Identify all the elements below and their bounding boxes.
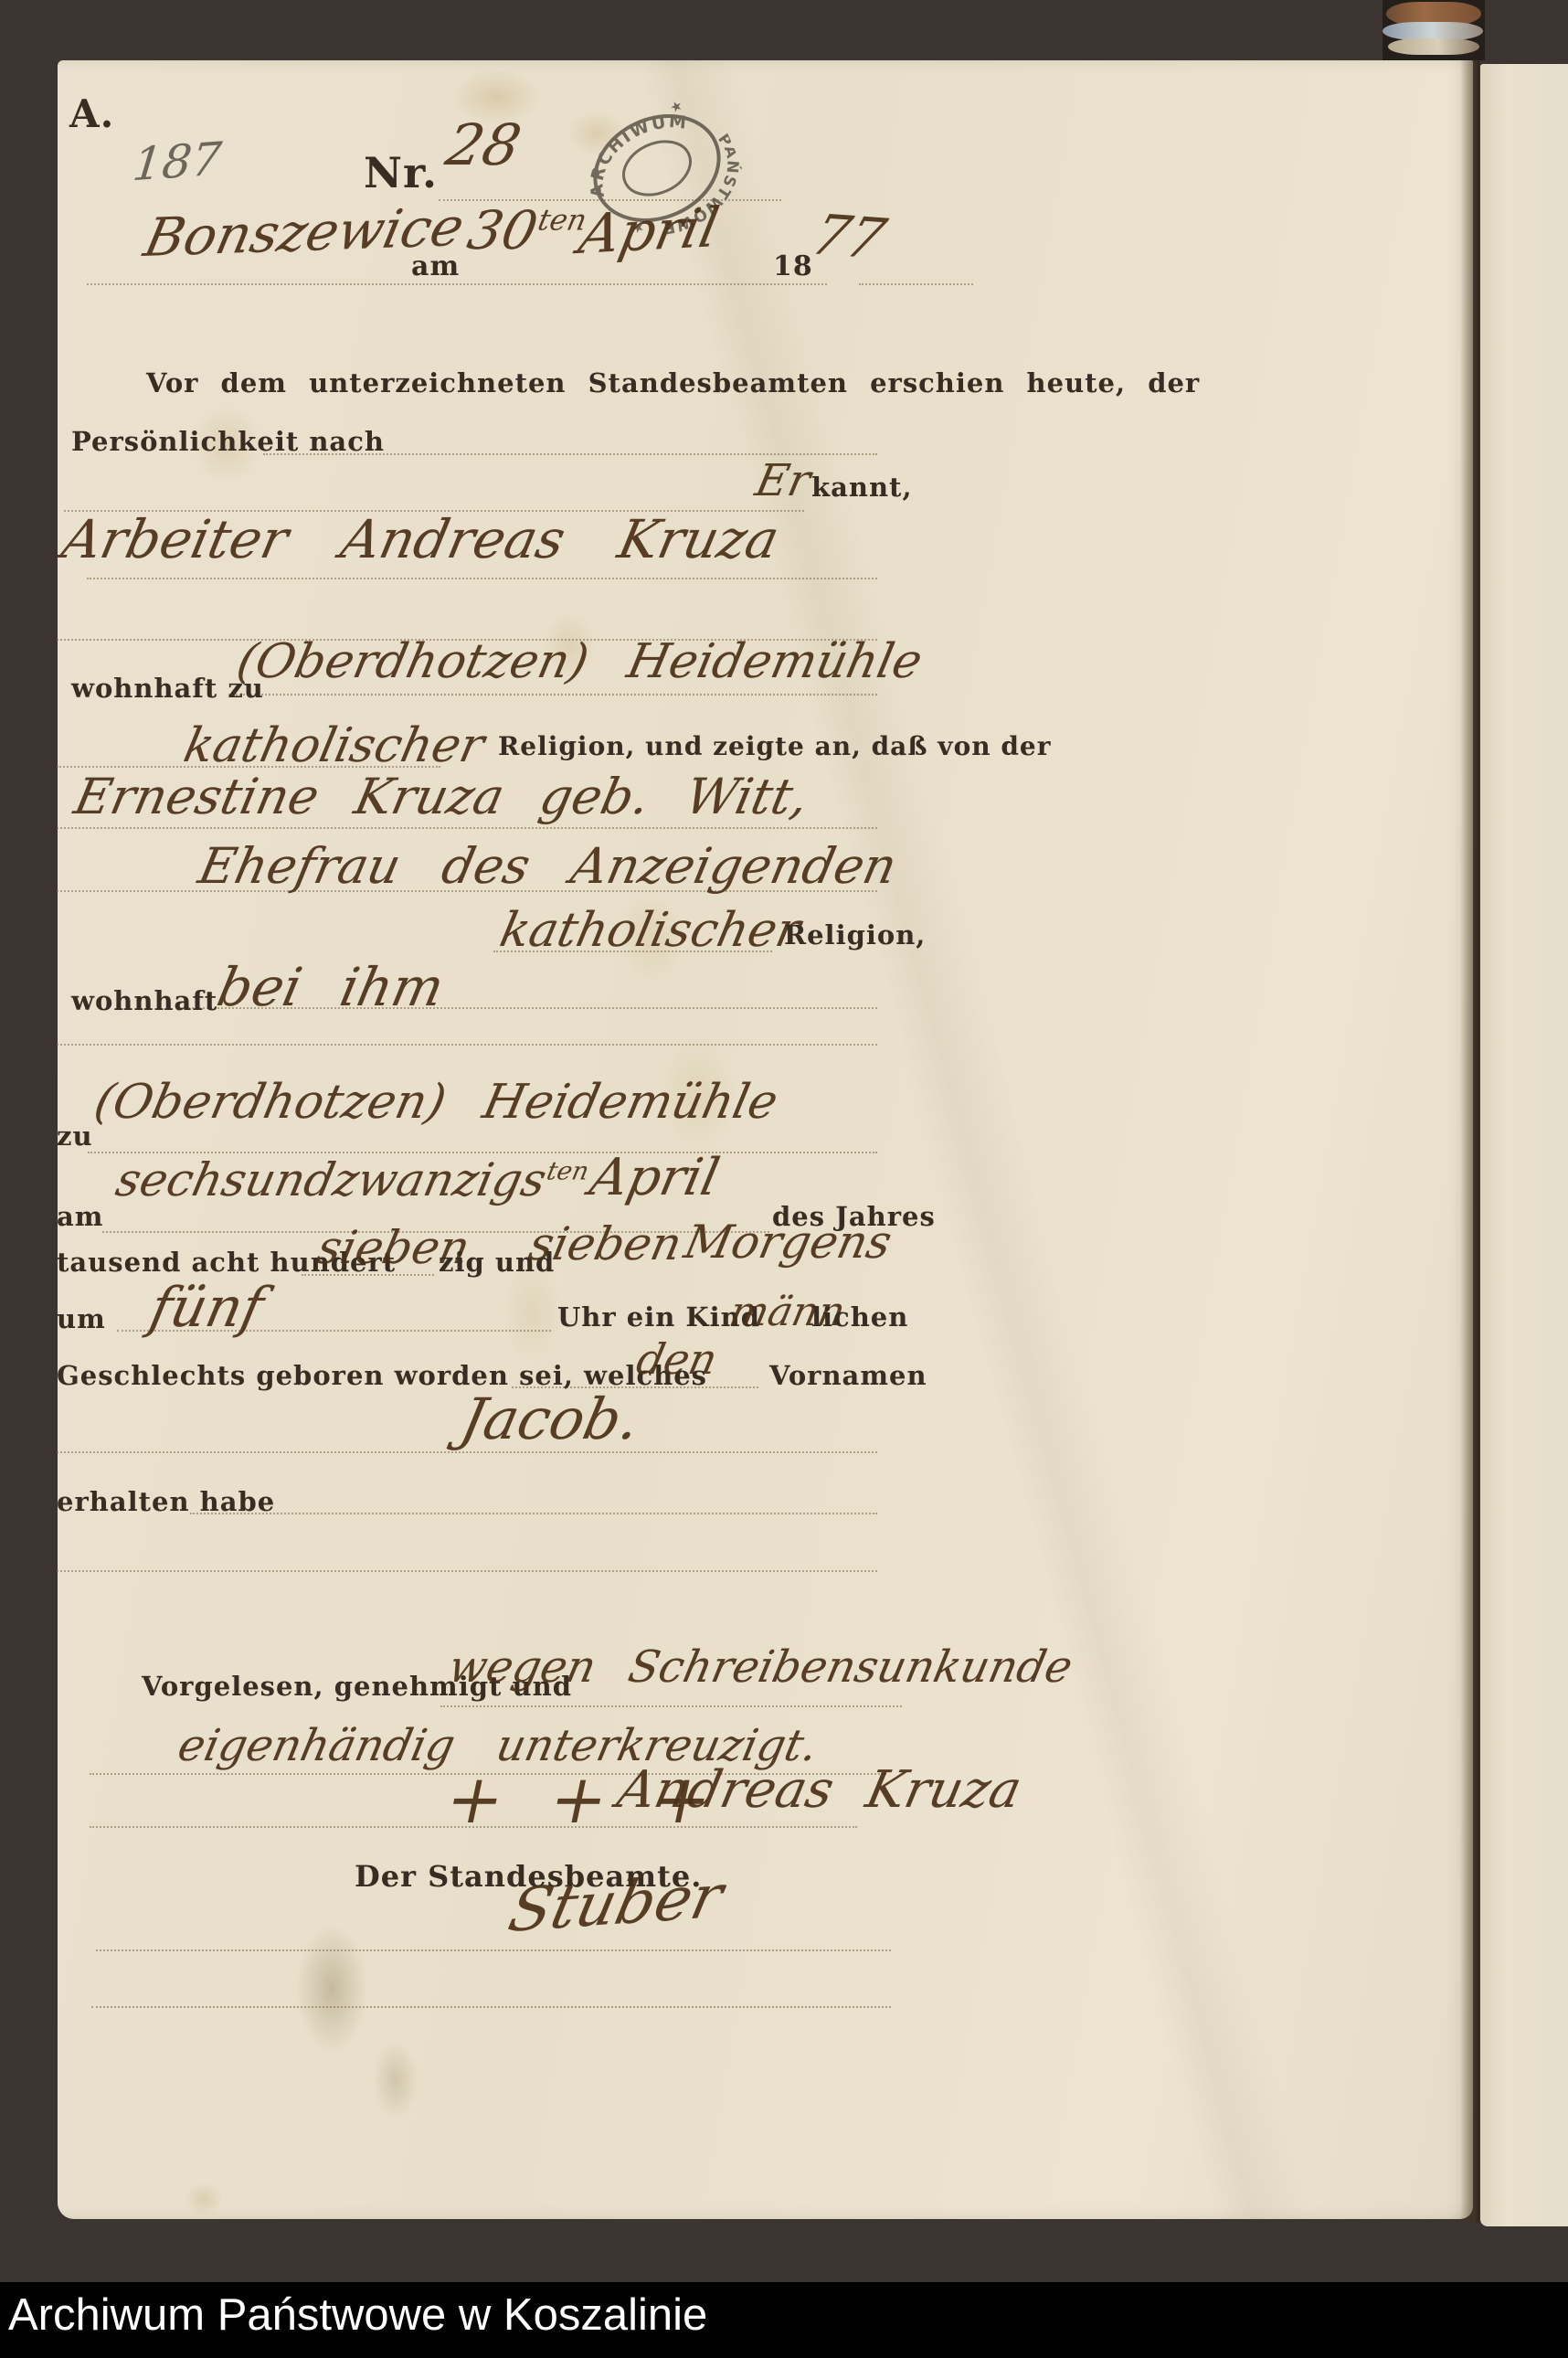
form-line xyxy=(190,1513,877,1514)
religion1-printed: Religion, und zeigte an, daß von der xyxy=(498,731,1052,761)
form-line xyxy=(91,2006,891,2008)
page-fold-shadow xyxy=(1460,60,1480,2223)
binding-thread xyxy=(1383,22,1483,40)
religion2-written: katholischer xyxy=(495,903,805,958)
adjacent-page-edge xyxy=(1480,64,1568,2226)
signatory-name: Andreas Kruza xyxy=(612,1760,1027,1820)
form-line xyxy=(87,578,877,579)
day-value: 30ten xyxy=(462,199,591,261)
yearline-written3: Morgens xyxy=(680,1216,896,1269)
form-line xyxy=(57,1570,877,1572)
time-label: um xyxy=(57,1303,106,1334)
declarant-name: Arbeiter Andreas Kruza xyxy=(57,508,785,570)
recognized-printed: kannt, xyxy=(811,472,913,503)
form-line xyxy=(57,827,877,829)
form-line xyxy=(859,283,973,285)
child-name: Jacob. xyxy=(455,1386,646,1452)
mother-relation: Ehefrau des Anzeigenden xyxy=(194,837,902,895)
birthplace-label: zu xyxy=(57,1121,93,1152)
mother-name: Ernestine Kruza geb. Witt, xyxy=(69,768,814,825)
birthdate-day-suffix: ten xyxy=(545,1156,592,1185)
archive-caption-bar: Archiwum Państwowe w Koszalinie xyxy=(0,2282,1568,2358)
month-value: April xyxy=(574,196,724,267)
nr-value: 28 xyxy=(440,112,526,178)
form-line xyxy=(96,1949,891,1951)
vornamen-printed: Vornamen xyxy=(769,1360,927,1391)
residence2-label: wohnhaft xyxy=(71,985,217,1016)
religion2-printed: Religion, xyxy=(784,919,926,951)
birthdate-day-main: sechsundzwanzigs xyxy=(111,1153,551,1206)
intro-line: Vor dem unterzeichneten Standesbeamten e… xyxy=(146,367,882,398)
archive-caption: Archiwum Państwowe w Koszalinie xyxy=(8,2289,707,2341)
time-value: fünf xyxy=(144,1276,270,1340)
residence2-value: bei ihm xyxy=(212,956,450,1018)
form-corner-letter: A. xyxy=(69,91,114,136)
closing-written1: wegen Schreibensunkunde xyxy=(444,1641,1077,1693)
yearline-written2: sieben xyxy=(524,1217,686,1270)
form-line xyxy=(228,694,877,696)
residence-value: (Oberdhotzen) Heidemühle xyxy=(232,634,927,689)
religion1-written: katholischer xyxy=(179,718,489,773)
nr-label: Nr. xyxy=(364,148,438,197)
birthdate-month: April xyxy=(585,1148,725,1207)
binding-thread xyxy=(1388,38,1479,55)
scanned-document: ARCHIWUM PAŃSTWOWE ★ ★ A. 187 Nr. 28 Bon… xyxy=(0,0,1568,2358)
birthplace-value: (Oberdhotzen) Heidemühle xyxy=(90,1075,783,1130)
identity-label: Persönlichkeit nach xyxy=(71,426,385,457)
article-written: den xyxy=(632,1334,722,1384)
pencil-number: 187 xyxy=(130,133,224,192)
sex-printed: lichen xyxy=(811,1301,908,1333)
form-line xyxy=(57,1044,877,1046)
book-binding xyxy=(1383,0,1485,60)
received-printed: erhalten habe xyxy=(57,1486,275,1517)
form-line xyxy=(87,283,827,285)
am-label: am xyxy=(411,250,460,282)
birthdate-day: sechsundzwanzigsten xyxy=(111,1153,592,1206)
day-number: 30 xyxy=(462,199,543,261)
recognized-written: Er xyxy=(751,455,815,506)
birthdate-am-label: am xyxy=(57,1201,103,1232)
form-line xyxy=(440,1705,902,1707)
